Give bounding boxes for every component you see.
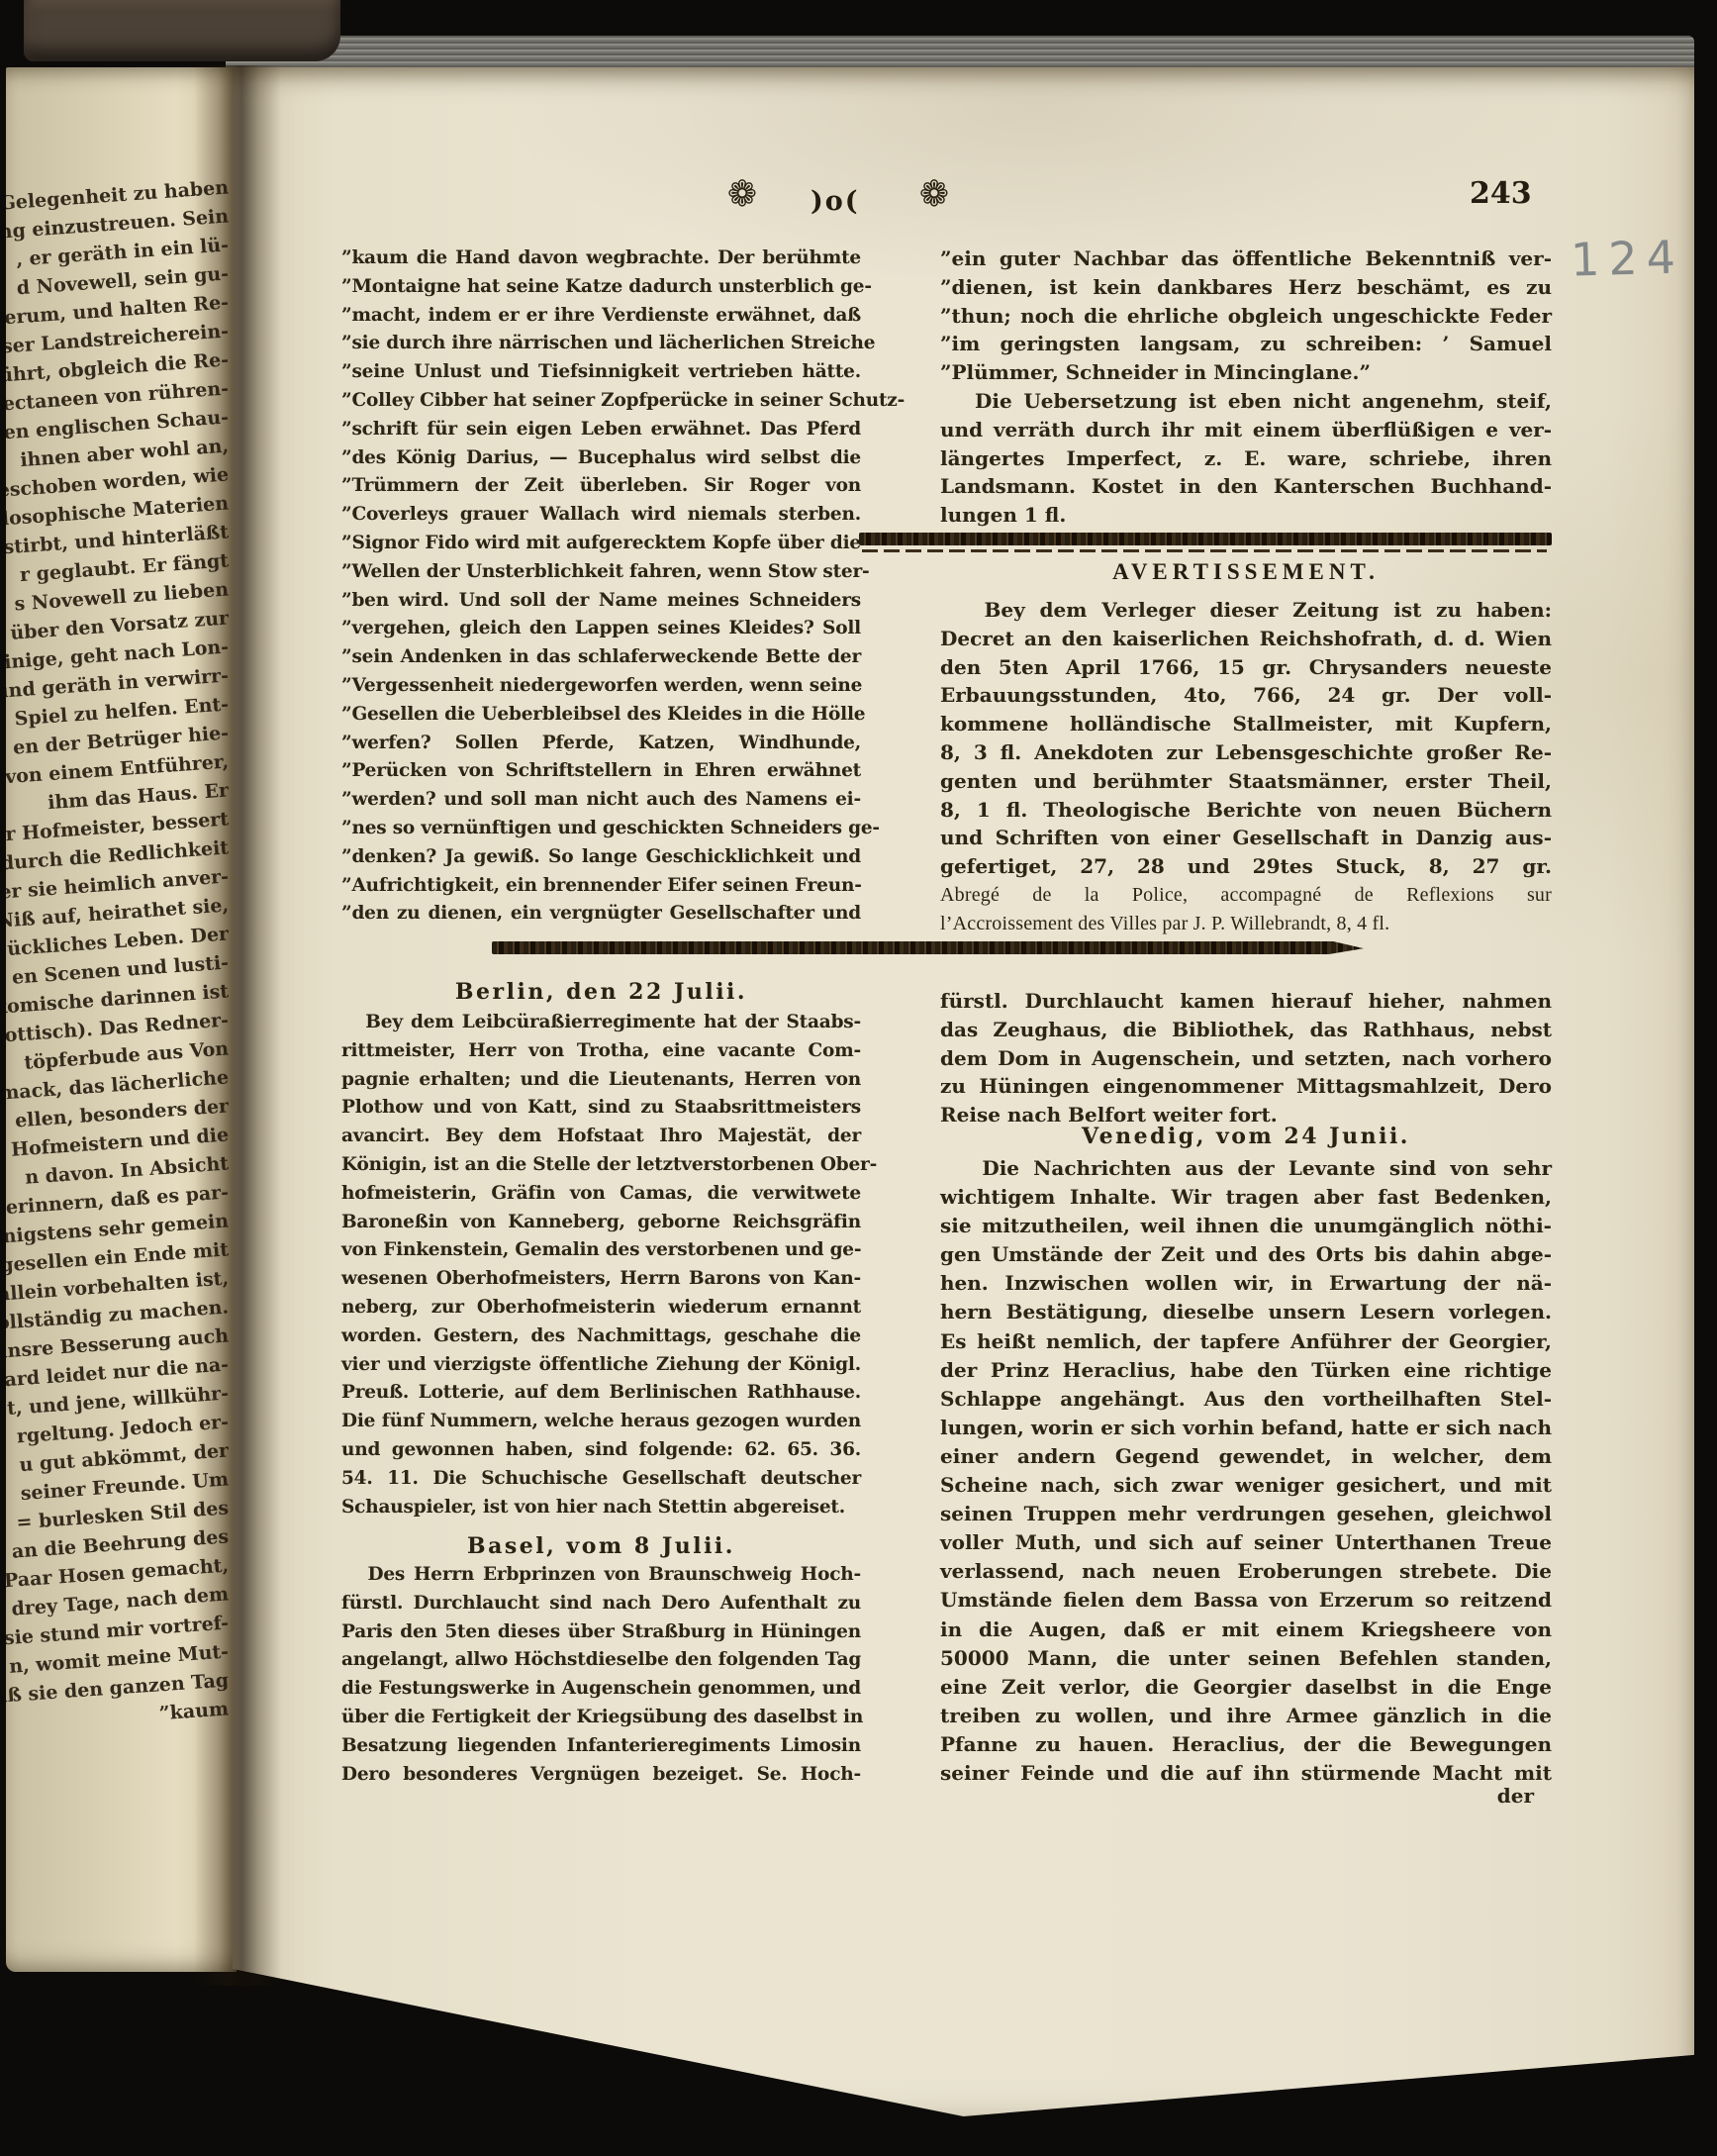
- text-line: avancirt. Bey dem Hofstaat Ihro Majestät…: [341, 1123, 861, 1151]
- text-line: seinen Truppen mehr verdrungen gesehen, …: [940, 1500, 1552, 1528]
- facing-page-text-fragments: Gelegenheit zu habenng einzustreuen. Sei…: [6, 173, 235, 1723]
- text-line: verlassend, nach neuen Eroberungen streb…: [940, 1557, 1552, 1586]
- avertissement-title: AVERTISSEMENT.: [940, 559, 1552, 585]
- text-line: gefertiget, 27, 28 und 29tes Stuck, 8, 2…: [940, 852, 1552, 881]
- text-line: ”des König Darius, — Bucephalus wird sel…: [341, 444, 861, 473]
- text-line: ”im geringsten langsam, zu schreiben: ’ …: [940, 330, 1552, 358]
- text-line: Es heißt nemlich, der tapfere Anführer d…: [940, 1327, 1552, 1356]
- text-line: ”werden? und soll man nicht auch des Nam…: [341, 786, 861, 815]
- text-line: ”Montaigne hat seine Katze dadurch unste…: [341, 273, 861, 302]
- text-line: Landsmann. Kostet in den Kanterschen Buc…: [940, 472, 1552, 501]
- text-line: eine Zeit verlor, die Georgier daselbst …: [940, 1673, 1552, 1702]
- text-line: das Zeughaus, die Bibliothek, das Rathha…: [940, 1016, 1552, 1044]
- text-line: lungen, worin er sich vorhin befand, hat…: [940, 1414, 1552, 1442]
- text-line: zu Hüningen eingenommener Mittagsmahlzei…: [940, 1072, 1552, 1101]
- text-line: ”vergehen, gleich den Lappen seines Klei…: [341, 615, 861, 643]
- text-line: hen. Inzwischen wollen wir, in Erwartung…: [940, 1269, 1552, 1298]
- text-line: Preuß. Lotterie, auf dem Berlinischen Ra…: [341, 1379, 861, 1408]
- text-line: längertes Imperfect, z. E. ware, schrieb…: [940, 444, 1552, 473]
- venedig-heading: Venedig, vom 24 Junii.: [940, 1124, 1552, 1149]
- text-line: pagnie erhalten; und die Lieutenants, He…: [341, 1066, 861, 1095]
- text-line: voller Muth, und sich auf seiner Unterth…: [940, 1528, 1552, 1557]
- text-line: ”nes so vernünftigen und geschickten Sch…: [341, 815, 861, 843]
- column1-quoted-passage: ”kaum die Hand davon wegbrachte. Der ber…: [341, 245, 861, 929]
- text-line: Pfanne zu hauen. Heraclius, der die Bewe…: [940, 1730, 1552, 1759]
- text-line: wichtigem Inhalte. Wir tragen aber fast …: [940, 1183, 1552, 1212]
- header-separator-mark: )o(: [811, 186, 860, 217]
- text-line: vier und vierzigste öffentliche Ziehung …: [341, 1351, 861, 1380]
- text-line: ”sie durch ihre närrischen und lächerlic…: [341, 330, 861, 358]
- venedig-article: Die Nachrichten aus der Levante sind von…: [940, 1154, 1552, 1788]
- text-line: Des Herrn Erbprinzen von Braunschweig Ho…: [341, 1561, 861, 1590]
- text-line: dem Dom in Augenschein, und setzten, nac…: [940, 1044, 1552, 1073]
- text-line: Die fünf Nummern, welche heraus gezogen …: [341, 1408, 861, 1436]
- text-line: worden. Gestern, des Nachmittags, gescha…: [341, 1323, 861, 1351]
- text-line: einer andern Gegend gewendet, in welcher…: [940, 1442, 1552, 1471]
- text-line: Scheine nach, sich zwar weniger gesicher…: [940, 1471, 1552, 1500]
- text-line: Königin, ist an die Stelle der letztvers…: [341, 1151, 861, 1180]
- text-line: der Prinz Heraclius, habe den Türken ein…: [940, 1356, 1552, 1385]
- text-line: Schlappe angehängt. Aus den vortheilhaft…: [940, 1385, 1552, 1414]
- text-line: 8, 1 fl. Theologische Berichte von neuen…: [940, 796, 1552, 825]
- text-line: sie mitzutheilen, weil ihnen die unumgän…: [940, 1212, 1552, 1240]
- text-line: und Schriften von einer Gesellschaft in …: [940, 824, 1552, 852]
- ornament-rule: [859, 533, 1552, 545]
- avertissement-text: Bey dem Verleger dieser Zeitung ist zu h…: [940, 596, 1552, 938]
- ornament-rule: [492, 941, 1364, 954]
- text-line: und verräth durch ihr mit einem überflüß…: [940, 416, 1552, 444]
- text-line: ”Vergessenheit niedergeworfen werden, we…: [341, 672, 861, 701]
- fleuron-ornament-right: ❁: [912, 174, 956, 215]
- text-line: ”den zu dienen, ein vergnügter Gesellsch…: [341, 900, 861, 929]
- column2-quoted-passage: ”ein guter Nachbar das öffentliche Beken…: [940, 245, 1552, 530]
- text-line: ”Plümmer, Schneider in Mincinglane.”: [940, 358, 1552, 387]
- text-line: neberg, zur Oberhofmeisterin wiederum er…: [341, 1294, 861, 1323]
- fleuron-ornament-left: ❁: [720, 174, 764, 215]
- text-line: ”sein Andenken in das schlaferweckende B…: [341, 643, 861, 672]
- book-scan: Gelegenheit zu habenng einzustreuen. Sei…: [0, 0, 1717, 2156]
- basel-article: Des Herrn Erbprinzen von Braunschweig Ho…: [341, 1561, 861, 1789]
- text-line: l’Accroissement des Villes par J. P. Wil…: [940, 910, 1552, 938]
- page-number: 243: [1470, 176, 1532, 211]
- text-line: von Finkenstein, Gemalin des verstorbene…: [341, 1236, 861, 1265]
- text-line: über die Fertigkeit der Kriegsübung des …: [341, 1704, 861, 1732]
- text-line: Dero besonderes Vergnügen bezeiget. Se. …: [341, 1761, 861, 1790]
- text-line: ”Gesellen die Ueberbleibsel des Kleides …: [341, 701, 861, 730]
- text-line: lungen 1 fl.: [940, 501, 1552, 530]
- text-line: hofmeisterin, Gräfin von Camas, die verw…: [341, 1180, 861, 1209]
- text-line: Umstände fielen dem Bassa von Erzerum so…: [940, 1586, 1552, 1615]
- foliation-stamp: 124: [1570, 231, 1684, 287]
- text-line: Decret an den kaiserlichen Reichshofrath…: [940, 625, 1552, 653]
- text-line: Paris den 5ten dieses über Straßburg in …: [341, 1618, 861, 1647]
- text-line: Erbauungsstunden, 4to, 766, 24 gr. Der v…: [940, 681, 1552, 710]
- text-line: und gewonnen haben, sind folgende: 62. 6…: [341, 1436, 861, 1465]
- text-line: Plothow und von Katt, sind zu Staabsritt…: [341, 1094, 861, 1123]
- text-line: ”Aufrichtigkeit, ein brennender Eifer se…: [341, 872, 861, 901]
- berlin-article: Bey dem Leibcüraßierregimente hat der St…: [341, 1009, 861, 1521]
- text-line: ”Signor Fido wird mit aufgerecktem Kopfe…: [341, 530, 861, 558]
- text-line: Die Uebersetzung ist eben nicht angenehm…: [940, 387, 1552, 416]
- text-line: hern Bestätigung, dieselbe unsern Lesern…: [940, 1298, 1552, 1326]
- text-line: den 5ten April 1766, 15 gr. Chrysanders …: [940, 653, 1552, 682]
- text-line: angelangt, allwo Höchstdieselbe den folg…: [341, 1646, 861, 1675]
- text-line: ”werfen? Sollen Pferde, Katzen, Windhund…: [341, 730, 861, 758]
- text-line: ”Coverleys grauer Wallach wird niemals s…: [341, 501, 861, 530]
- text-line: Schauspieler, ist von hier nach Stettin …: [341, 1494, 861, 1522]
- berlin-heading: Berlin, den 22 Julii.: [341, 979, 861, 1005]
- text-line: ”schrift für sein eigen Leben erwähnet. …: [341, 416, 861, 444]
- text-line: ”kaum die Hand davon wegbrachte. Der ber…: [341, 245, 861, 273]
- text-line: ”ein guter Nachbar das öffentliche Beken…: [940, 245, 1552, 273]
- text-line: Abregé de la Police, accompagné de Refle…: [940, 881, 1552, 910]
- text-line: Bey dem Leibcüraßierregimente hat der St…: [341, 1009, 861, 1037]
- text-line: Baroneßin von Kanneberg, geborne Reichsg…: [341, 1209, 861, 1237]
- basel-heading: Basel, vom 8 Julii.: [341, 1533, 861, 1559]
- text-line: gen Umstände der Zeit und des Orts bis d…: [940, 1240, 1552, 1269]
- text-line: die Festungswerke in Augenschein genomme…: [341, 1675, 861, 1704]
- text-line: in die Augen, daß er mit einem Kriegshee…: [940, 1616, 1552, 1644]
- text-line: Besatzung liegenden Infanterieregiments …: [341, 1732, 861, 1761]
- facing-page-edge: Gelegenheit zu habenng einzustreuen. Sei…: [6, 67, 237, 1972]
- text-line: ”macht, indem er er ihre Verdienste erwä…: [341, 302, 861, 331]
- catchword: der: [940, 1784, 1581, 1808]
- text-line: ”Colley Cibber hat seiner Zopfperücke in…: [341, 387, 861, 416]
- text-line: ”thun; noch die ehrliche obgleich ungesc…: [940, 302, 1552, 331]
- text-line: 8, 3 fl. Anekdoten zur Lebensgeschichte …: [940, 738, 1552, 767]
- text-line: fürstl. Durchlaucht kamen hierauf hieher…: [940, 987, 1552, 1016]
- text-line: ”denken? Ja gewiß. So lange Geschicklich…: [341, 843, 861, 872]
- basel-article-continuation: fürstl. Durchlaucht kamen hierauf hieher…: [940, 987, 1552, 1129]
- text-line: ”Trümmern der Zeit überleben. Sir Roger …: [341, 472, 861, 501]
- text-line: kommene holländische Stallmeister, mit K…: [940, 710, 1552, 738]
- text-line: 54. 11. Die Schuchische Gesellschaft deu…: [341, 1465, 861, 1494]
- text-line: ”Wellen der Unsterblichkeit fahren, wenn…: [341, 558, 861, 587]
- book-cover-corner: [24, 0, 340, 61]
- text-line: wesenen Oberhofmeisters, Herrn Barons vo…: [341, 1265, 861, 1294]
- right-page: ❁ )o( ❁ 243 124 ”kaum die Hand davon weg…: [233, 67, 1694, 2116]
- text-line: treiben zu wollen, und ihre Armee gänzli…: [940, 1702, 1552, 1730]
- text-line: Bey dem Verleger dieser Zeitung ist zu h…: [940, 596, 1552, 625]
- text-line: ”ben wird. Und soll der Name meines Schn…: [341, 587, 861, 616]
- text-line: ”seine Unlust und Tiefsinnigkeit vertrie…: [341, 358, 861, 387]
- text-line: ”Perücken von Schriftstellern in Ehren e…: [341, 757, 861, 786]
- text-line: ”dienen, ist kein dankbares Herz beschäm…: [940, 273, 1552, 302]
- text-line: fürstl. Durchlaucht sind nach Dero Aufen…: [341, 1590, 861, 1618]
- text-line: 50000 Mann, die unter seinen Befehlen st…: [940, 1644, 1552, 1673]
- text-line: rittmeister, Herr von Trotha, eine vacan…: [341, 1037, 861, 1066]
- text-line: Die Nachrichten aus der Levante sind von…: [940, 1154, 1552, 1183]
- text-line: genten und berühmter Staatsmänner, erste…: [940, 767, 1552, 796]
